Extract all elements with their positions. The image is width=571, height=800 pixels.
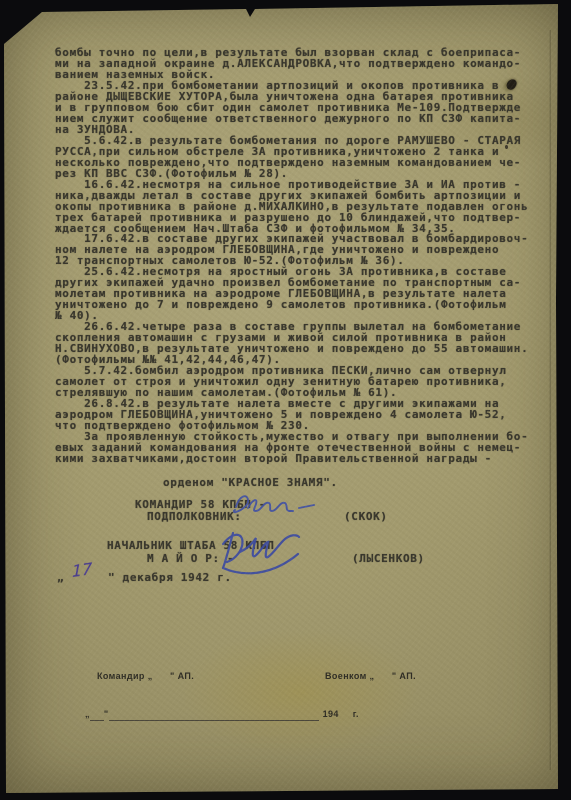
- footer-commander-label: Командир „ " АП.: [97, 671, 194, 681]
- footer-date-blank: „"194г.: [85, 702, 359, 721]
- footer-year-suffix: г.: [339, 709, 359, 719]
- footer-voenkom-label: Военком „ " АП.: [325, 671, 416, 681]
- document-page: бомбы точно по цели,в результате был взо…: [0, 0, 571, 800]
- footer-year: 194: [319, 709, 339, 719]
- footer-month-rule: [109, 711, 319, 721]
- paper-speck: [505, 145, 508, 149]
- footer-day-rule: [90, 711, 104, 721]
- signature-lysenkov: [0, 0, 571, 800]
